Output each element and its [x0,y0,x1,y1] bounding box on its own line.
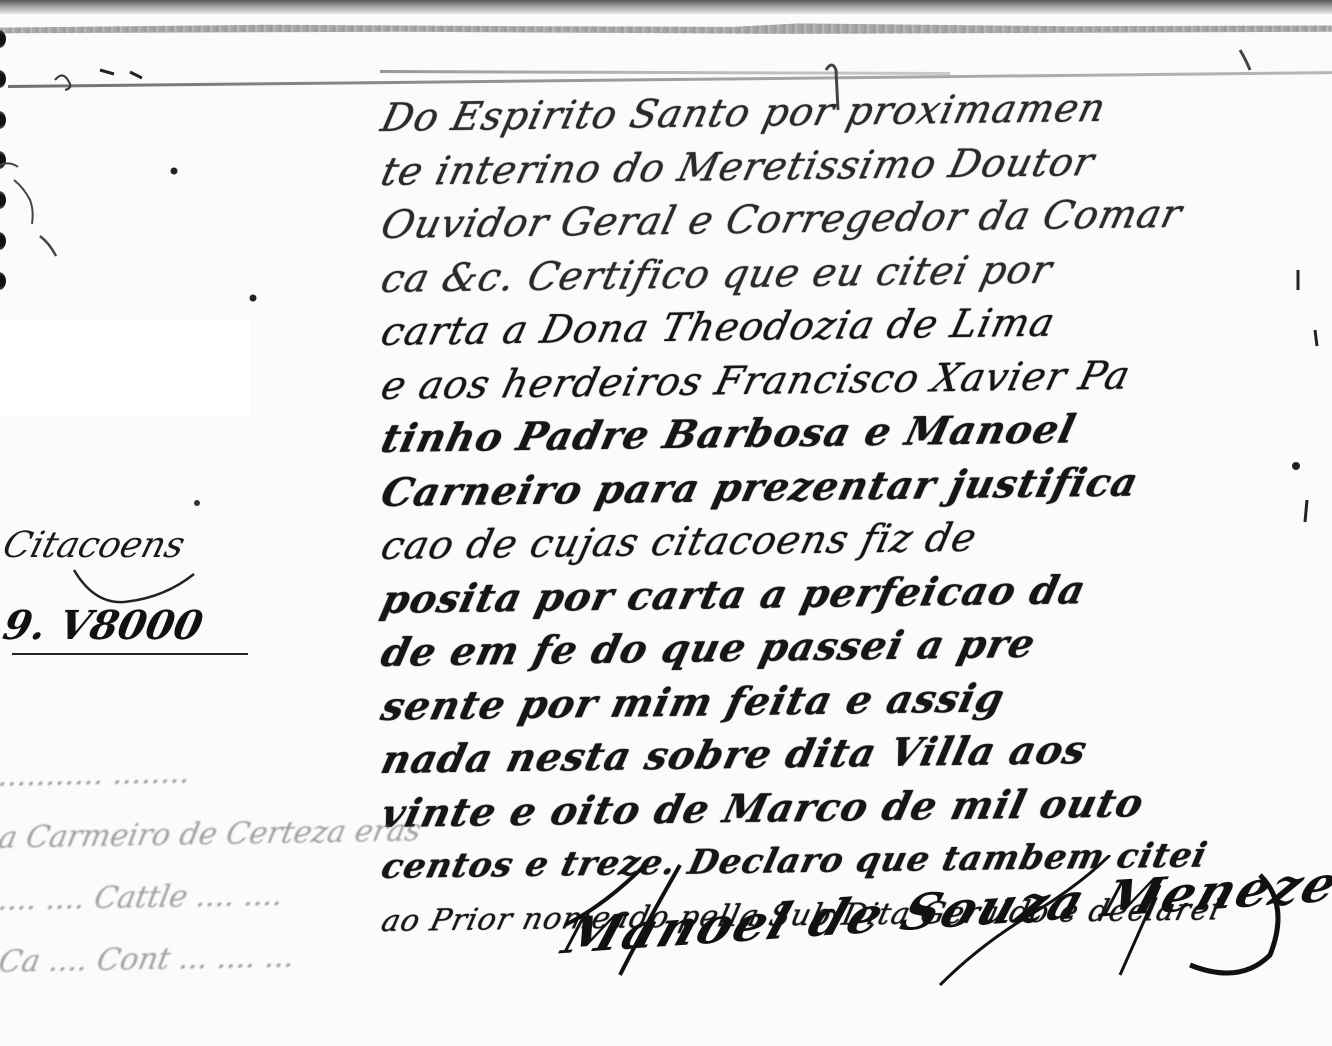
binding-hole-icon [0,70,6,88]
bleed-line: a Carmeiro de Certeza eras [0,796,687,870]
margin-note-fee: 9. V8000 [0,602,259,649]
paper-fold-shadow [0,22,1332,36]
binding-holes [0,30,12,290]
margin-underline [12,653,248,655]
blank-label-patch [0,320,250,416]
brace-icon [64,566,204,606]
fold-line-upper [380,70,950,75]
binding-hole-icon [0,111,6,129]
binding-hole-icon [0,232,6,250]
bleed-line: .... .... Cattle .... .... [0,858,687,932]
binding-hole-icon [0,151,6,169]
margin-note-title: Citacoens [0,525,259,566]
margin-annotation: Citacoens 9. V8000 [4,525,254,655]
torn-top-edge [0,0,1332,14]
bleed-line: Ca .... Cont ... .... ... [0,920,687,994]
scanned-document-page: Do Espirito Santo por proximamen te inte… [0,0,1332,1046]
binding-hole-icon [0,30,6,48]
binding-hole-icon [0,191,6,209]
bleed-line: ........... ........ [0,734,687,808]
bleed-through-text: ........... ........ a Carmeiro de Certe… [0,740,680,988]
binding-hole-icon [0,272,6,290]
